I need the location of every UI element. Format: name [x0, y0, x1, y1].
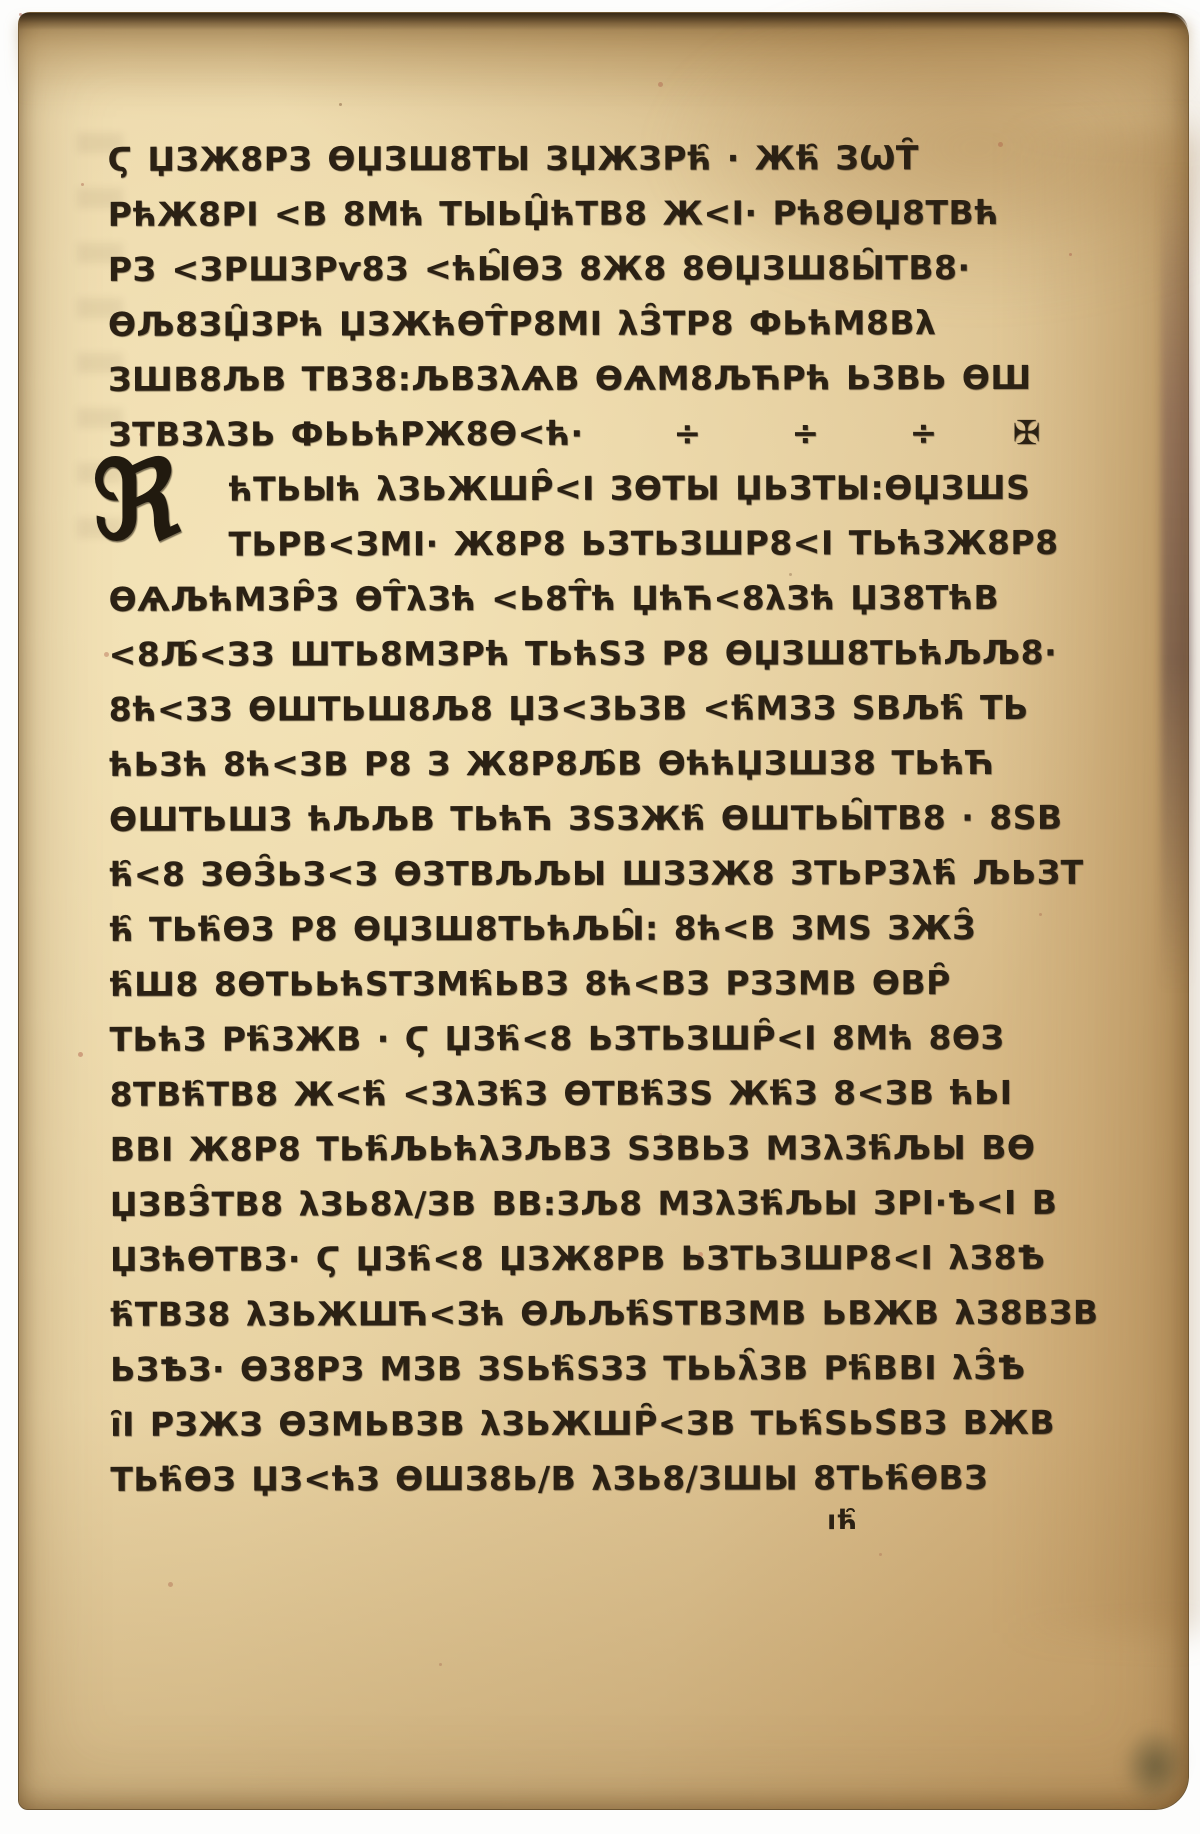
top-page-edge: [19, 13, 1188, 30]
manuscript-page: Ϛ ЏЗЖ8РЗ ѲЏЗШ8ТЫ ЗЏЖЗРћ̑ · Жћ̑ ЗѠТ̑ РћЖ8…: [18, 12, 1189, 1810]
text-line: ЗШВ8ЉВ ТВЗ8:ЉВЗλѦВ ѲѦМ8ЉЋРћ ЬЗВЬ ѲШ: [108, 350, 908, 407]
text-line: ЏЗћѲТВЗ· Ϛ ЏЗћ̑<8 ЏЗЖ8РВ ЬЗТЬЗШР8<І λЗ8Ѣ: [110, 1230, 910, 1287]
text-line: ТЬћ̑ѲЗ ЏЗ<ћЗ ѲШЗ8Ь/В λЗЬ8/ЗШЫ 8ТЬћ̑ѲВЗ: [110, 1450, 910, 1507]
text-line: ћТЬЫћ λЗЬЖШР̑<І ЗѲТЫ ЏЬЗТЫ:ѲЏЗШЅ: [108, 460, 908, 517]
catchword: ıћ̑: [827, 1505, 858, 1536]
ornamental-initial-letter: ℜ: [92, 446, 181, 556]
photo-background: Ϛ ЏЗЖ8РЗ ѲЏЗШ8ТЫ ЗЏЖЗРћ̑ · Жћ̑ ЗѠТ̑ РћЖ8…: [0, 0, 1200, 1834]
text-line: ѲЉ8ЗЏ̑ЗРћ ЏЗЖћѲТ̑Р8МІ λЗ̑ТР8 ФЬћМ8Вλ: [108, 295, 908, 352]
text-line: ћЬЗћ 8ћ<ЗВ Р8 З Ж8Р8Љ̑В ѲћћЏЗШЗ8 ТЬћЋ: [109, 735, 909, 792]
text-line: <8Љ̑<ЗЗ ШТЬ8МЗРћ ТЬћЅЗ Р8 ѲЏЗШ8ТЬћЉЉ8·: [109, 625, 909, 682]
bottom-right-corner-smudge: [1078, 1675, 1188, 1805]
text-line: 8ћ<ЗЗ ѲШТЬШ8Љ8 ЏЗ<ЗЬЗВ <ћ̑МЗЗ ЅВЉћ̑ ТЬ: [109, 680, 909, 737]
text-line: ћ̑<8 ЗѲЗ̑ЬЗ<З ѲЗТВЉЉЫ ШЗЗЖ8 ЗТЬРЗλћ̑ ЉЬЗ…: [109, 845, 909, 902]
text-line: ЬЗѢЗ· ѲЗ8РЗ МЗВ ЗЅЬћ̑ЅЗЗ ТЬЬλ̑ЗВ Рћ̑ВВІ …: [110, 1340, 910, 1397]
text-line: РћЖ8РІ <В 8Мћ ТЫЬЏ̑ћТВ8 Ж<І· Рћ8ѲЏ8ТВћ: [108, 185, 908, 242]
text-line: ı̑І РЗЖЗ ѲЗМЬВЗВ λЗЬЖШР̑<ЗВ ТЬћ̑ЅЬЅ̑ВЗ В…: [110, 1395, 910, 1452]
text-line: ѲШТЬШЗ ћЉЉВ ТЬћЋ ЗЅЗЖћ̑ ѲШТЬЫ̑ТВ8 · 8ЅВ: [109, 790, 909, 847]
text-line: ћ̑ТВЗ8 λЗЬЖШЋ<Зћ ѲЉЉћ̑ЅТВЗМВ ЬВЖВ λЗ8ВЗВ: [110, 1285, 910, 1342]
text-line: ѲѦЉћМЗР̑З ѲТ̑λЗћ <Ь8Т̑ћ ЏћЋ<8λЗћ ЏЗ8ТћВ: [108, 570, 908, 627]
top-stain-band: [19, 23, 1188, 97]
text-line: ТЬРВ<ЗМІ· Ж8Р8 ЬЗТЬЗШР8<І ТЬћЗЖ8Р8: [108, 515, 908, 572]
text-line: ћ̑Ш8 8ѲТЬЬћЅТЗМћ̑ЬВЗ 8ћ<ВЗ РЗЗМВ ѲВР̑: [109, 955, 909, 1012]
text-line: Ϛ ЏЗЖ8РЗ ѲЏЗШ8ТЫ ЗЏЖЗРћ̑ · Жћ̑ ЗѠТ̑: [108, 130, 908, 187]
right-edge-smear: [1161, 163, 1191, 993]
text-line: ВВІ Ж8Р8 ТЬћ̑ЉЬћλЗЉВЗ ЅЗВЬЗ МЗλЗћ̑ЉЫ ВѲ: [110, 1120, 910, 1177]
text-line: ТЬћЗ Рћ̑ЗЖВ · Ϛ ЏЗћ̑<8 ЬЗТЬЗШР̑<І 8Мћ 8Ѳ…: [109, 1010, 909, 1067]
text-line: 8ТВћ̑ТВ8 Ж<ћ̑ <ЗλЗћ̑З ѲТВћ̑ЗЅ Жћ̑З 8<ЗВ …: [110, 1065, 910, 1122]
foxing-speckles: [19, 13, 22, 16]
text-line: ЏЗВЗ̑ТВ8 λЗЬ8λ/ЗВ ВВ:ЗЉ8 МЗλЗћ̑ЉЫ ЗРІ·Ѣ<…: [110, 1175, 910, 1232]
text-line: РЗ <ЗРШЗРѵ8З <ћЫ̑ѲЗ 8Ж8 8ѲЏЗШ8Ы̑ТВ8·: [108, 240, 908, 297]
text-line: ћ̑ ТЬћ̑ѲЗ Р8 ѲЏЗШ8ТЬћЉЫ̑: 8ћ<В ЗМЅ ЗЖЗ̑: [109, 900, 909, 957]
text-block: Ϛ ЏЗЖ8РЗ ѲЏЗШ8ТЫ ЗЏЖЗРћ̑ · Жћ̑ ЗѠТ̑ РћЖ8…: [108, 130, 911, 1507]
text-line-with-crosses: ЗТВЗλЗЬ ФЬЬћРЖ8Ѳ<ћ· ÷ ÷ ÷ ✠: [108, 405, 908, 462]
